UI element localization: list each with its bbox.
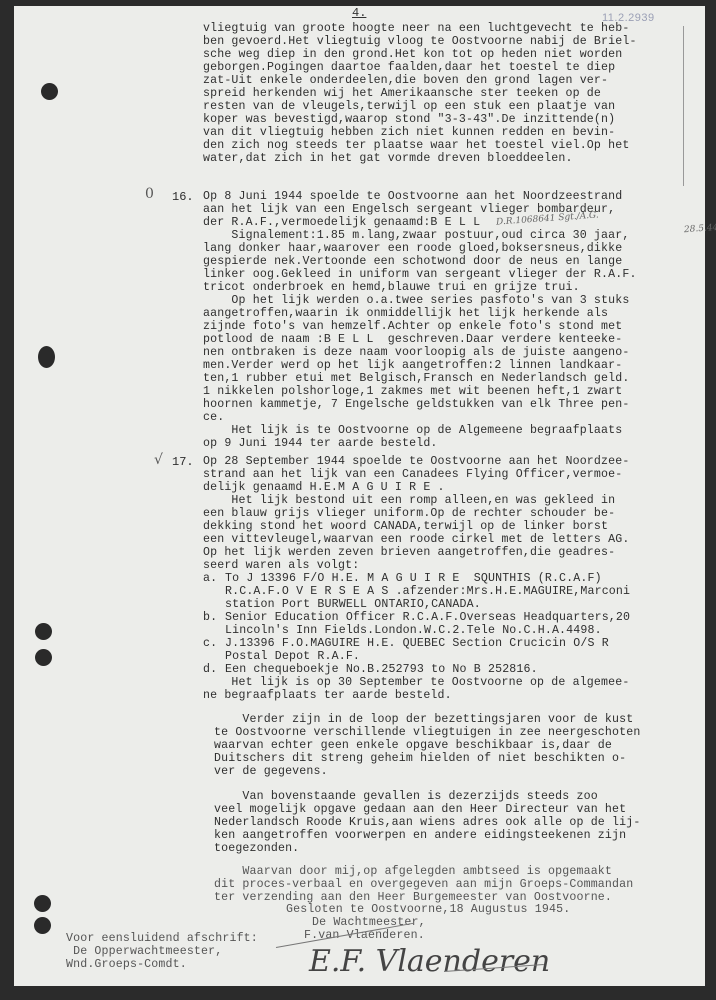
- text-line: Duitschers dit streng geheim hielden of …: [214, 752, 626, 765]
- text-line: Op 28 September 1944 spoelde te Oostvoor…: [203, 455, 629, 468]
- page-number: 4.: [352, 6, 366, 20]
- text-line: Nederlandsch Roode Kruis,aan wiens adres…: [214, 816, 640, 829]
- handwritten-signature: E.F. Vlaenderen: [309, 944, 550, 979]
- text-line: tricot onderbroek en hemd,blauwe trui en…: [203, 281, 580, 294]
- place-date: Gesloten te Oostvoorne,18 Augustus 1945.: [286, 903, 570, 916]
- text-line: gespierde nek.Vertoonde een schotwond do…: [203, 255, 622, 268]
- item-marker: b.: [203, 611, 217, 624]
- section-number: 16.: [172, 190, 194, 204]
- text-line: R.C.A.F.O V E R S E A S .afzender:Mrs.H.…: [225, 585, 630, 598]
- text-line: hoornen kammetje, 7 Engelsche geldstukke…: [203, 398, 629, 411]
- text-line: Waarvan door mij,op afgelegden ambtseed …: [214, 865, 612, 878]
- text-line: J.13396 F.O.MAGUIRE H.E. QUEBEC Section …: [225, 637, 609, 650]
- text-line: Signalement:1.85 m.lang,zwaar postuur,ou…: [203, 229, 629, 242]
- text-line: den zich nog steeds ter plaatse waar het…: [203, 139, 629, 152]
- text-line: ne begraafplaats ter aarde besteld.: [203, 689, 452, 702]
- text-line: Het lijk is op 30 September te Oostvoorn…: [203, 676, 629, 689]
- handwritten-date: 28.5.44: [684, 223, 716, 235]
- text-line: ben gevoerd.Het vliegtuig vloog te Oostv…: [203, 35, 637, 48]
- checkmark: √: [154, 452, 163, 468]
- text-line: koper was bevestigd,waarop stond "3-3-43…: [203, 113, 615, 126]
- item-marker: c.: [203, 637, 217, 650]
- text-line: resten van de vleugels,terwijl op een st…: [203, 100, 615, 113]
- text-line: te Oostvoorne verschillende vliegtuigen …: [214, 726, 640, 739]
- text-line: To J 13396 F/O H.E. M A G U I R E SQUNTH…: [225, 572, 602, 585]
- text-line: toegezonden.: [214, 842, 299, 855]
- text-line: op 9 Juni 1944 ter aarde besteld.: [203, 437, 438, 450]
- text-line: veel mogelijk opgave gedaan aan den Heer…: [214, 803, 626, 816]
- margin-mark: 0: [145, 186, 154, 202]
- text-line: zat-Uit enkele onderdeelen,die boven den…: [203, 74, 608, 87]
- text-line: water,dat zich in het gat vormde dreven …: [203, 152, 573, 165]
- certification-line: Voor eensluidend afschrift:: [66, 932, 258, 945]
- punch-hole: [35, 623, 52, 640]
- text-line: station Port BURWELL ONTARIO,CANADA.: [225, 598, 481, 611]
- punch-hole: [34, 895, 51, 912]
- text-line: aangetroffen,waarin ik onmiddellijk het …: [203, 307, 608, 320]
- text-line: ce.: [203, 411, 224, 424]
- text-line: delijk genaamd H.E.M A G U I R E .: [203, 481, 445, 494]
- text-line: geborgen.Pogingen daartoe faalden,daar h…: [203, 61, 615, 74]
- text-line: ver de gegevens.: [214, 765, 328, 778]
- text-line: men.Verder werd op het lijk aangetroffen…: [203, 359, 622, 372]
- text-line: vliegtuig van groote hoogte neer na een …: [203, 22, 629, 35]
- text-line: 1 nikkelen polshorloge,1 zakmes met wit …: [203, 385, 622, 398]
- punch-hole: [35, 649, 52, 666]
- text-line: nen ontbraken is deze naam voorloopig al…: [203, 346, 629, 359]
- text-line: spreid herkenden wij het Amerikaansche s…: [203, 87, 601, 100]
- punch-hole: [34, 917, 51, 934]
- certification-line: De Opperwachtmeester,: [66, 945, 222, 958]
- text-line: Verder zijn in de loop der bezettingsjar…: [214, 713, 633, 726]
- item-marker: d.: [203, 663, 217, 676]
- text-line: van dit vliegtuig hebben zich niet kunne…: [203, 126, 615, 139]
- text-line: Het lijk bestond uit een romp alleen,en …: [203, 494, 615, 507]
- text-line: een vittevleugel,waarvan een roode cirke…: [203, 533, 629, 546]
- text-line: ten,1 rubber etui met Belgisch,Fransch e…: [203, 372, 629, 385]
- punch-hole: [38, 346, 55, 368]
- text-line: dit proces-verbaal en overgegeven aan mi…: [214, 878, 633, 891]
- text-line: seerd waren als volgt:: [203, 559, 359, 572]
- text-line: linker oog.Gekleed in uniform van sergea…: [203, 268, 637, 281]
- text-line: zijnde foto's van hemzelf.Achter op enke…: [203, 320, 622, 333]
- text-line: dekking stond het woord CANADA,terwijl o…: [203, 520, 608, 533]
- text-line: Op het lijk werden zeven brieven aangetr…: [203, 546, 615, 559]
- punch-hole: [41, 83, 58, 100]
- text-line: Een chequeboekje No.B.252793 to No B 252…: [225, 663, 538, 676]
- text-line: Lincoln's Inn Fields.London.W.C.2.Tele N…: [225, 624, 602, 637]
- text-line: Het lijk is te Oostvoorne op de Algemeen…: [203, 424, 622, 437]
- margin-rule: [683, 26, 684, 186]
- text-line: waarvan echter geen enkele opgave beschi…: [214, 739, 612, 752]
- text-line: sche weg diep in den grond.Het kon tot o…: [203, 48, 622, 61]
- certification-line: Wnd.Groeps-Comdt.: [66, 958, 187, 971]
- text-line: Op 8 Juni 1944 spoelde te Oostvoorne aan…: [203, 190, 622, 203]
- text-line: een blauw grijs vlieger uniform.Op de re…: [203, 507, 615, 520]
- text-line: potlood de naam :B E L L geschreven.Daar…: [203, 333, 622, 346]
- text-line: Van bovenstaande gevallen is dezerzijds …: [214, 790, 598, 803]
- text-line: Senior Education Officer R.C.A.F.Oversea…: [225, 611, 630, 624]
- item-marker: a.: [203, 572, 217, 585]
- text-line: ken aangetroffen voorwerpen en andere ei…: [214, 829, 626, 842]
- text-line: Postal Depot R.A.F.: [225, 650, 360, 663]
- document-page: 4. 11.2.2939 vliegtuig van groote hoogte…: [14, 6, 705, 986]
- section-number: 17.: [172, 455, 194, 469]
- text-line: strand aan het lijk van een Canadees Fly…: [203, 468, 622, 481]
- text-line: der R.A.F.,vermoedelijk genaamd:B E L L: [203, 216, 480, 229]
- text-line: Op het lijk werden o.a.twee series pasfo…: [203, 294, 629, 307]
- text-line: lang donker haar,waarover een roode gloe…: [203, 242, 622, 255]
